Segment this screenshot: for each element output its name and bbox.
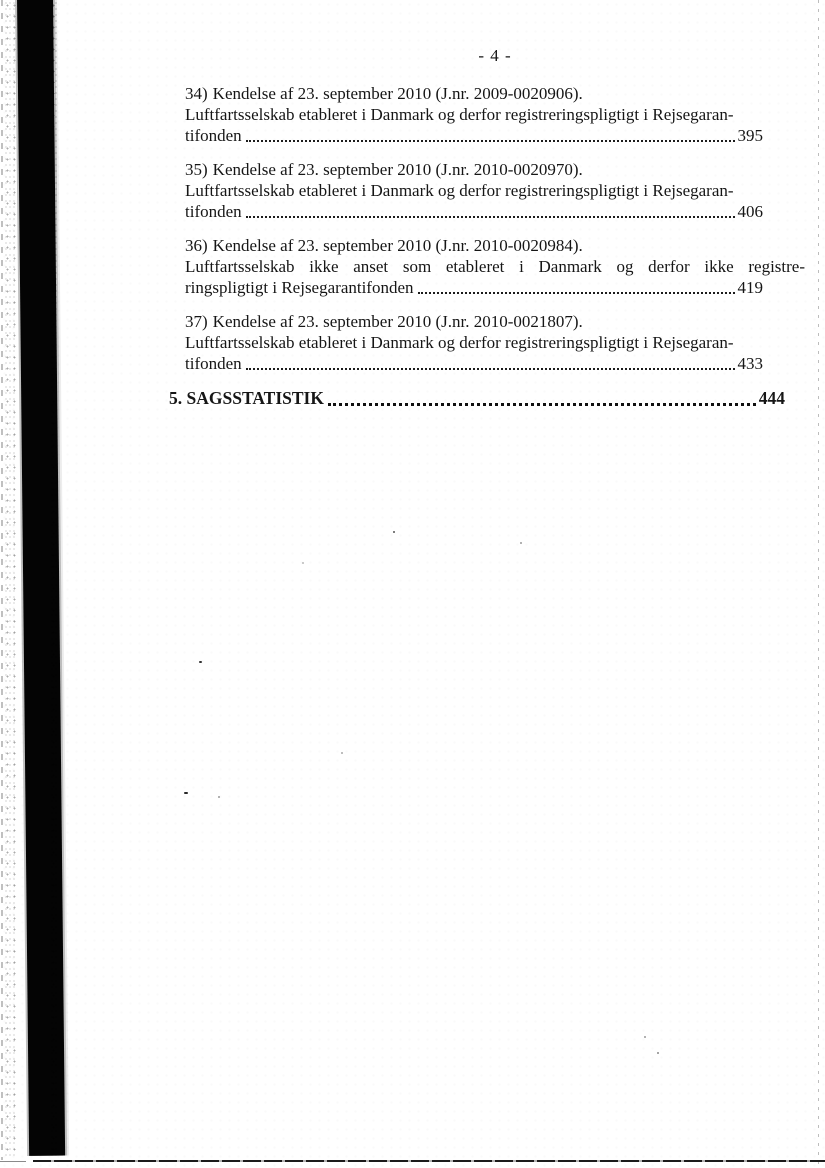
scan-speckle — [341, 752, 343, 754]
section-label: 5. SAGSSTATISTIK — [169, 387, 324, 409]
scan-bottom-edge-line — [33, 1160, 825, 1162]
scan-speckle — [199, 661, 202, 663]
toc-entry: 37)Kendelse af 23. september 2010 (J.nr.… — [185, 311, 805, 374]
entry-body-line: Luftfartsselskab etableret i Danmark og … — [185, 180, 805, 201]
entry-body-line: Luftfartsselskab ikke anset som etablere… — [185, 256, 805, 277]
entry-number: 34) — [185, 84, 208, 103]
entry-body-end: tifonden — [185, 353, 242, 374]
dot-leader — [328, 403, 756, 406]
toc-entry: 34)Kendelse af 23. september 2010 (J.nr.… — [185, 83, 805, 146]
dot-leader — [246, 368, 735, 370]
entry-title-line: 37)Kendelse af 23. september 2010 (J.nr.… — [185, 311, 805, 332]
entry-number: 37) — [185, 312, 208, 331]
entry-number: 35) — [185, 160, 208, 179]
entry-page-number: 406 — [738, 201, 764, 222]
entry-leader-line: tifonden 406 — [185, 201, 763, 222]
entry-body-end: tifonden — [185, 125, 242, 146]
scan-speckle — [302, 562, 304, 564]
scan-bottom-edge-line-left — [0, 1161, 26, 1162]
scan-noise-right — [50, 0, 59, 1156]
scan-speckle — [657, 1052, 659, 1054]
entry-body-end: ringspligtigt i Rejsegarantifonden — [185, 277, 414, 298]
scan-speckle — [218, 796, 220, 798]
entry-body-line: Luftfartsselskab etableret i Danmark og … — [185, 332, 805, 353]
dot-leader — [246, 216, 735, 218]
toc-entry: 36)Kendelse af 23. september 2010 (J.nr.… — [185, 235, 805, 298]
entry-title-line: 36)Kendelse af 23. september 2010 (J.nr.… — [185, 235, 805, 256]
entry-page-number: 395 — [738, 125, 764, 146]
entry-leader-line: tifonden 433 — [185, 353, 763, 374]
dot-leader — [418, 292, 735, 294]
entry-number: 36) — [185, 236, 208, 255]
entry-title-line: 35)Kendelse af 23. september 2010 (J.nr.… — [185, 159, 805, 180]
dot-leader — [246, 140, 735, 142]
section-page-number: 444 — [759, 387, 785, 409]
scanned-page: - 4 - 34)Kendelse af 23. september 2010 … — [0, 0, 825, 1168]
scan-right-edge-line — [818, 0, 819, 1168]
scan-speckle — [184, 792, 188, 794]
scan-left-edge-line — [1, 0, 3, 1160]
toc-content: - 4 - 34)Kendelse af 23. september 2010 … — [185, 0, 805, 409]
toc-entry: 35)Kendelse af 23. september 2010 (J.nr.… — [185, 159, 805, 222]
scan-speckle — [644, 1036, 646, 1038]
entry-body-end: tifonden — [185, 201, 242, 222]
entry-page-number: 433 — [738, 353, 764, 374]
page-number: - 4 - — [185, 45, 805, 66]
entry-title-line: 34)Kendelse af 23. september 2010 (J.nr.… — [185, 83, 805, 104]
scan-speckle — [520, 542, 522, 544]
entry-title: Kendelse af 23. september 2010 (J.nr. 20… — [213, 312, 583, 331]
entry-title: Kendelse af 23. september 2010 (J.nr. 20… — [213, 236, 583, 255]
entry-page-number: 419 — [738, 277, 764, 298]
entry-title: Kendelse af 23. september 2010 (J.nr. 20… — [213, 84, 583, 103]
section-heading: 5. SAGSSTATISTIK 444 — [169, 387, 785, 409]
toc-entry-list: 34)Kendelse af 23. september 2010 (J.nr.… — [185, 83, 805, 374]
entry-leader-line: tifonden 395 — [185, 125, 763, 146]
scan-speckle — [393, 531, 395, 533]
scan-noise-left — [4, 0, 16, 1156]
entry-leader-line: ringspligtigt i Rejsegarantifonden 419 — [185, 277, 763, 298]
entry-body-line: Luftfartsselskab etableret i Danmark og … — [185, 104, 805, 125]
entry-title: Kendelse af 23. september 2010 (J.nr. 20… — [213, 160, 583, 179]
